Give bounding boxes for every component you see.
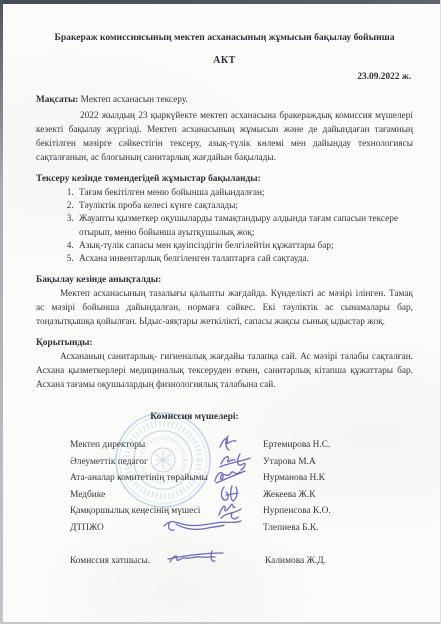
inspection-item: Азық-түлік сапасы мен қауіпсіздігін белг… <box>76 240 413 253</box>
secretary-name: Калимова Ж.Д. <box>265 553 326 570</box>
inspection-heading: Тексеру кезінде төмендегідей жұмыстар ба… <box>36 174 413 184</box>
signature-ink <box>160 514 245 545</box>
secretary-role: Комиссия хатшысы. <box>70 553 150 570</box>
member-role: Мектеп директоры <box>70 437 145 454</box>
member-role: ДТПЖО <box>70 520 104 537</box>
scanned-document-page: Бракераж комиссиясының мектеп асханасыны… <box>0 0 441 624</box>
scan-edge-top <box>0 0 441 4</box>
commission-member-row: ДТПЖО Тлепиева Б.К. <box>70 520 413 537</box>
member-name: Тлепиева Б.К. <box>263 520 318 537</box>
member-name: Нурпеисова К.О. <box>263 503 331 520</box>
document-content: Бракераж комиссиясының мектеп асханасыны… <box>0 0 441 570</box>
document-type-heading: АКТ <box>36 55 413 66</box>
inspection-item: Жауапты қызметкер оқушыларды тамақтандыр… <box>76 213 413 239</box>
member-name: Жекеева Ж.К <box>263 487 316 504</box>
commission-secretary-row: Комиссия хатшысы. Калимова Ж.Д. <box>70 553 413 570</box>
commission-heading: Комиссия мүшелері: <box>6 412 383 422</box>
purpose-text: Мектеп асханасын тексеру. <box>78 95 187 105</box>
inspection-item: Тәуліктік проба келесі күнге сақталады; <box>76 200 413 213</box>
document-date: 23.09.2022 ж. <box>36 72 413 82</box>
inspection-item: Асхана инвентарлық белгіленген талаптарғ… <box>76 253 413 266</box>
member-role: Әлеуметтік педагог <box>70 454 148 471</box>
inspection-item: Тағам бекітілген меню бойынша дайындалға… <box>76 187 413 200</box>
inspection-list: Тағам бекітілген меню бойынша дайындалға… <box>36 187 413 266</box>
conclusion-paragraph: Асхананың санитарлық- гигиеналық жағдайы… <box>36 350 413 392</box>
signature-ink <box>165 548 237 577</box>
document-title: Бракераж комиссиясының мектеп асханасыны… <box>36 32 413 44</box>
purpose-label: Мақсаты: <box>36 95 78 105</box>
member-name: Утарова М.А <box>263 454 316 471</box>
commission-members-list: Мектеп директоры Ертемирова Н.С. Әлеумет… <box>70 437 413 570</box>
conclusion-heading: Қорытынды: <box>36 338 413 348</box>
findings-paragraph: Мектеп асханасының тазалығы қалыпты жағд… <box>36 287 413 329</box>
scan-edge-left <box>0 0 3 624</box>
purpose-line: Мақсаты: Мектеп асханасын тексеру. <box>36 93 413 107</box>
member-role: Ата-аналар комитетінің төрайымы <box>70 470 208 487</box>
member-name: Нурманова Н.К <box>263 470 325 487</box>
findings-heading: Бақылау кезінде анықталды: <box>36 275 413 285</box>
member-name: Ертемирова Н.С. <box>263 437 330 454</box>
member-role: Медбике <box>70 487 105 504</box>
intro-paragraph: 2022 жылдың 23 қыркүйекте мектеп асханас… <box>36 109 413 165</box>
